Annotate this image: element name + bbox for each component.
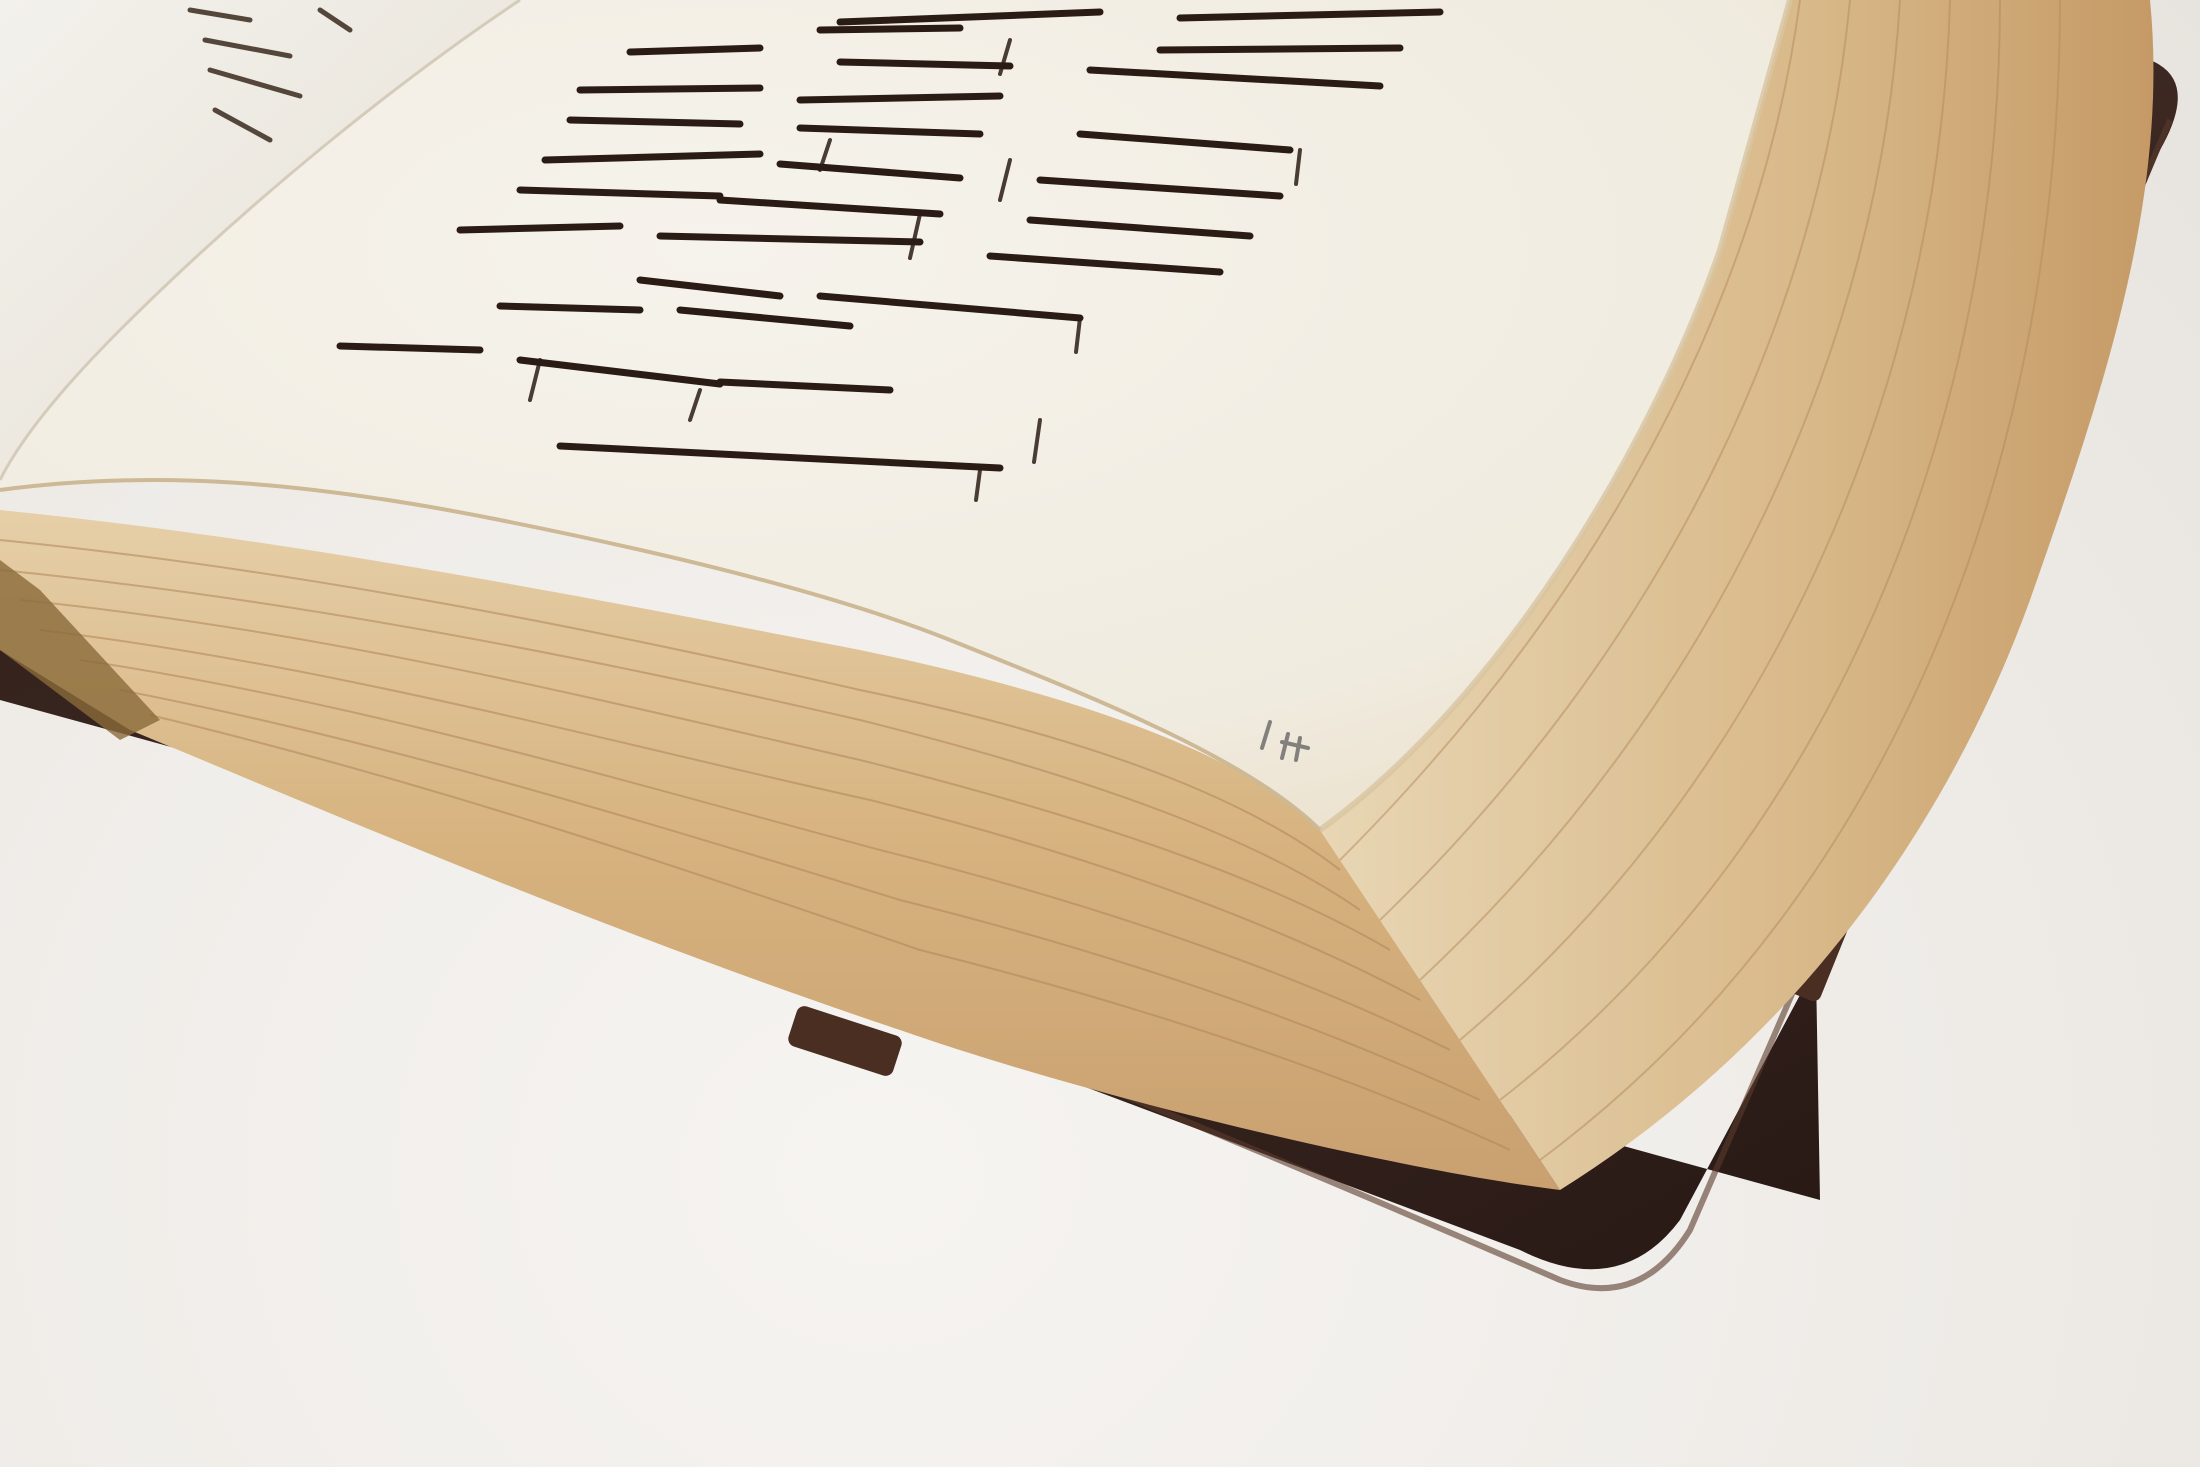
manuscript-photo: Close-up photograph of an old vocalized …	[0, 0, 2200, 1467]
manuscript-illustration	[0, 0, 2200, 1467]
